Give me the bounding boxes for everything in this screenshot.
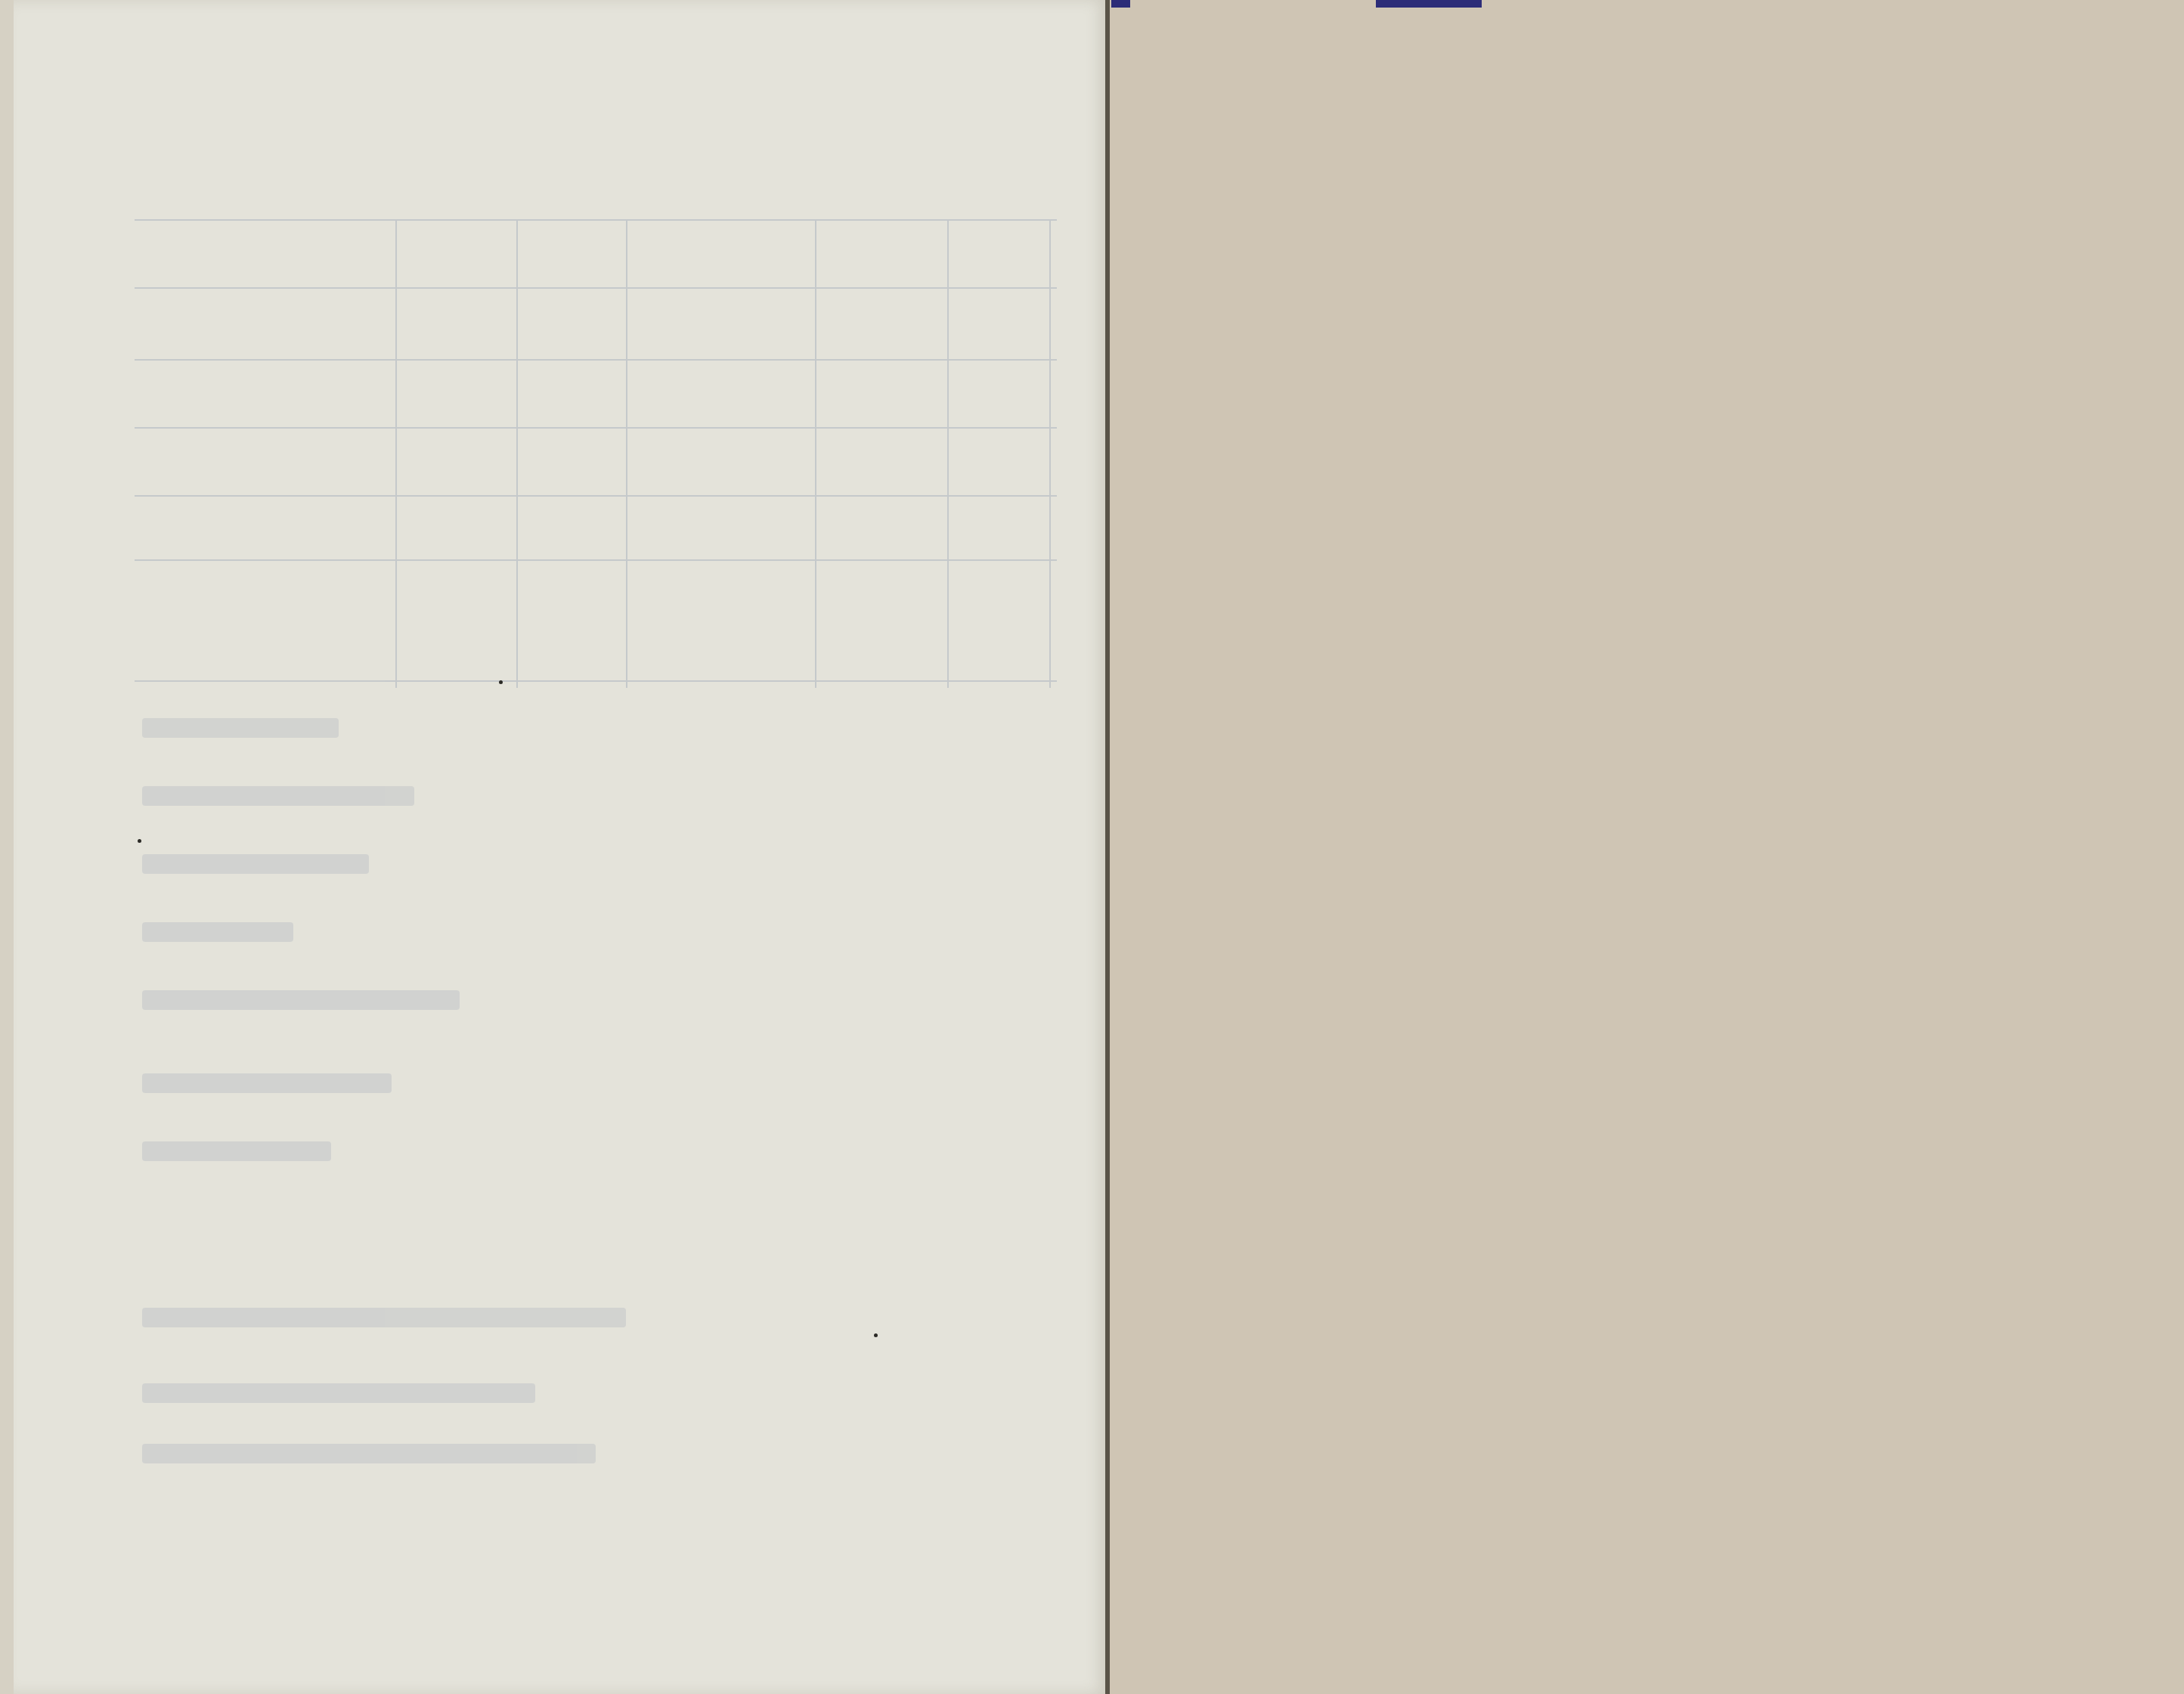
bleed-through-table xyxy=(135,219,1057,688)
page-edge xyxy=(0,0,14,1694)
speck xyxy=(499,680,503,684)
left-page xyxy=(14,0,1108,1694)
book-spread xyxy=(0,0,2184,1694)
ink-mark xyxy=(1376,0,1482,8)
right-page xyxy=(1110,0,2184,1694)
speck xyxy=(874,1333,878,1337)
ink-mark xyxy=(1111,0,1130,8)
speck xyxy=(138,839,141,843)
bleed-through-text xyxy=(142,718,822,1625)
